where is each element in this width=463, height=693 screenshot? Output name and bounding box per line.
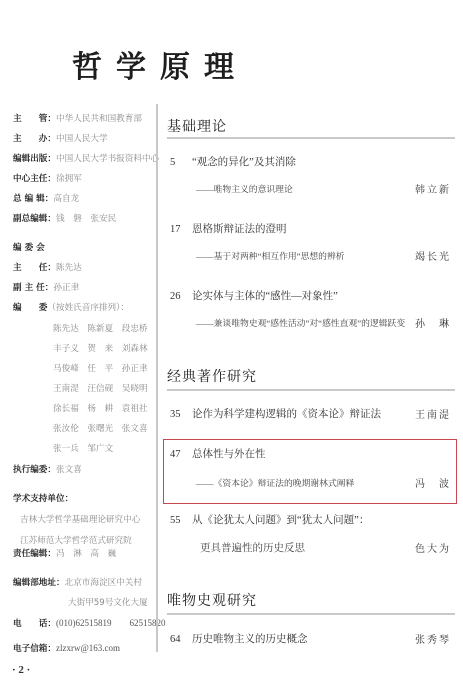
toc-entry-highlighted[interactable]: 47总体性与外在性 [170,446,266,461]
entry-subtitle: 更具普遍性的历史反思 [200,540,305,555]
support-unit: 吉林大学哲学基础理论研究中心 [20,513,140,525]
committee-members-line: 陈先达 陈新夏 段忠桥 [53,322,148,334]
support-unit: 江苏师范大学哲学范式研究院 [20,534,132,546]
editorial-address-line2: 大街甲59号文化大厦 [68,596,148,608]
entry-author: 色大为 [415,540,451,555]
entry-subtitle: ——兼谈唯物史观“感性活动”对“感性直观”的逻辑跃变 [196,316,405,329]
committee-members-line: 张一兵 邹广文 [53,442,113,454]
entry-author: 张秀琴 [415,631,451,646]
section-rule [167,137,455,139]
masthead-sponsor: 主 办：中国人民大学 [13,132,108,144]
masthead-editor-in-chief: 总 编 辑：高自龙 [13,192,79,204]
toc-entry[interactable]: 35论作为科学建构逻辑的《资本论》辩证法 [170,406,381,421]
entry-author: 竭长光 [415,248,451,263]
journal-title: 哲学原理 [72,42,248,86]
committee-members-line: 徐长福 杨 耕 袁祖社 [53,402,148,414]
email: 电子信箱：zlzxrw@163.com [13,642,120,654]
masthead-key: 主 管 [13,112,47,124]
masthead-deputy-editors: 副总编辑：钱 磐 张安民 [13,212,116,224]
entry-author: 王南湜 [415,406,451,421]
phone: 电 话：(010)62515819 62515820 [13,616,166,629]
committee-heading: 编 委 会 [13,241,45,253]
support-heading: 学术支持单位： [13,492,73,504]
entry-author: 韩立新 [415,181,451,196]
entry-page: 5 [170,157,192,168]
section-rule [167,389,455,391]
toc-entry[interactable]: 55从《论犹太人问题》到“犹太人问题”： [170,512,369,527]
editorial-address: 编辑部地址：北京市海淀区中关村 [13,576,142,588]
committee-vice-chair: 副 主 任：孙正聿 [13,281,79,293]
committee-members-line: 马俊峰 任 平 孙正聿 [53,362,148,374]
section-heading: 基础理论 [167,116,227,136]
committee-members-line: 张汝伦 张曙光 张文喜 [53,422,148,434]
toc-entry[interactable]: 5“观念的异化”及其消除 [170,154,296,169]
entry-subtitle: ——《资本论》辩证法的晚期谢林式阐释 [196,476,354,489]
section-heading: 唯物史观研究 [167,590,257,610]
toc-entry[interactable]: 26论实体与主体的“感性—对象性” [170,288,338,303]
section-rule [167,613,455,615]
committee-members-line: 丰子义 贺 来 刘森林 [53,342,148,354]
entry-author: 孙 琳 [415,315,451,330]
entry-subtitle: ——基于对两种“相互作用”思想的辨析 [196,249,345,262]
page-number: · 2 · [12,664,30,676]
entry-subtitle: ——唯物主义的意识理论 [196,182,293,195]
toc-entry[interactable]: 64历史唯物主义的历史概念 [170,631,308,646]
responsible-editor: 责任编辑：冯 淋 高 巍 [13,547,116,559]
committee-members-label: 编 委（按姓氏音序排列）： [13,301,129,313]
column-divider [156,104,158,652]
entry-author: 冯 波 [415,475,451,490]
masthead-publisher: 编辑出版：中国人民大学书报资料中心 [13,152,159,164]
masthead-center-director: 中心主任：徐拥军 [13,172,82,184]
committee-chair: 主 任：陈先达 [13,261,82,273]
masthead-value: 中华人民共和国教育部 [56,114,142,124]
executive-editor: 执行编委：张文喜 [13,463,82,475]
entry-title: “观念的异化”及其消除 [192,157,296,168]
masthead-supervisor: 主 管：中华人民共和国教育部 [13,112,142,124]
section-heading: 经典著作研究 [167,366,257,386]
committee-members-line: 王南湜 汪信砚 吴晓明 [53,382,148,394]
toc-entry[interactable]: 17恩格斯辩证法的澄明 [170,221,287,236]
